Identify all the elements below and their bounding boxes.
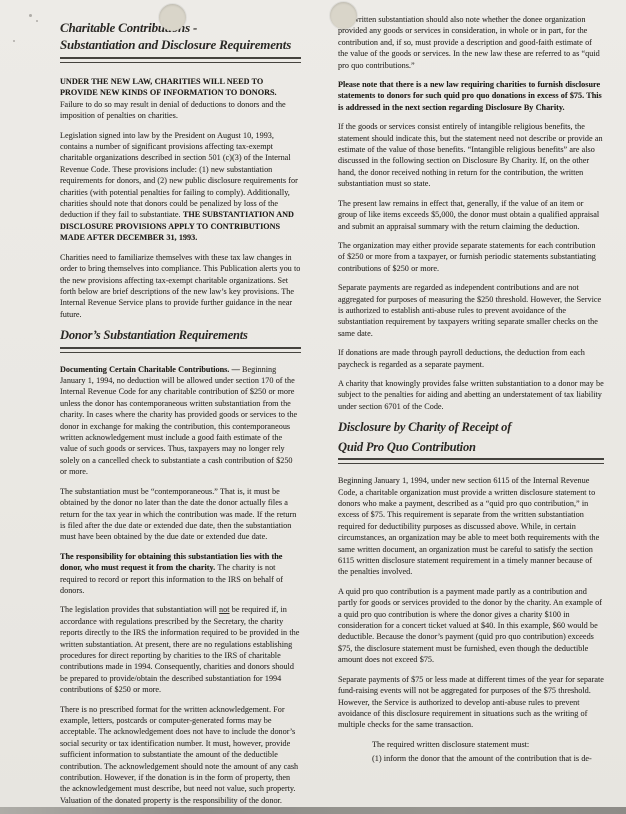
underlined-not: not: [219, 605, 229, 614]
paragraph-legislation: Legislation signed into law by the Presi…: [60, 130, 301, 244]
right-column: The written substantiation should also n…: [338, 14, 604, 768]
bold-lead: UNDER THE NEW LAW, CHARITIES WILL NEED T…: [60, 77, 277, 97]
paragraph-text: A charity that knowingly provides false …: [338, 379, 604, 411]
paragraph-documenting: Documenting Certain Charitable Contribut…: [60, 364, 301, 478]
paragraph-text: If donations are made through payroll de…: [338, 348, 585, 368]
paragraph-false-substantiation: A charity that knowingly provides false …: [338, 378, 604, 412]
bold-lead: Documenting Certain Charitable Contribut…: [60, 365, 240, 374]
paragraph-text: The present law remains in effect that, …: [338, 199, 599, 231]
paragraph-familiarize: Charities need to familiarize themselves…: [60, 252, 301, 320]
paragraph-text: Beginning January 1, 1994, no deduction …: [60, 365, 297, 477]
paragraph-text: The substantiation must be “contemporane…: [60, 487, 296, 542]
paragraph-intangible-benefits: If the goods or services consist entirel…: [338, 121, 604, 189]
heading-disclosure-line-2: Quid Pro Quo Contribution: [338, 440, 604, 456]
document-title-line-2: Substantiation and Disclosure Requiremen…: [60, 37, 301, 54]
paragraph-text: Legislation signed into law by the Presi…: [60, 131, 298, 220]
paragraph-written-substantiation: The written substantiation should also n…: [338, 14, 604, 71]
paragraph-separate-statements: The organization may either provide sepa…: [338, 240, 604, 274]
scanned-document-page: { "page": { "paper_color": "#eae8e3", "t…: [0, 0, 626, 814]
punch-hole-left: [159, 4, 186, 31]
scan-speck: [13, 40, 15, 42]
paragraph-present-law: The present law remains in effect that, …: [338, 198, 604, 232]
line-item-1: (1) inform the donor that the amount of …: [372, 753, 604, 764]
paragraph-text: If the goods or services consist entirel…: [338, 122, 603, 188]
paragraph-please-note: Please note that there is a new law requ…: [338, 79, 604, 113]
paragraph-text: A quid pro quo contribution is a payment…: [338, 587, 602, 664]
heading-double-rule: [60, 347, 301, 353]
paragraph-text: (1) inform the donor that the amount of …: [372, 754, 592, 763]
paragraph-under-new-law: UNDER THE NEW LAW, CHARITIES WILL NEED T…: [60, 76, 301, 122]
paragraph-responsibility: The responsibility for obtaining this su…: [60, 551, 301, 597]
scan-speck: [29, 14, 32, 17]
paragraph-beginning-6115: Beginning January 1, 1994, under new sec…: [338, 475, 604, 578]
paragraph-text: The legislation provides that substantia…: [60, 605, 219, 614]
scan-bottom-edge: [0, 807, 626, 814]
paragraph-contemporaneous: The substantiation must be “contemporane…: [60, 486, 301, 543]
paragraph-text: be required if, in accordance with regul…: [60, 605, 299, 694]
paragraph-text: Failure to do so may result in denial of…: [60, 100, 286, 120]
paragraph-payroll-deductions: If donations are made through payroll de…: [338, 347, 604, 370]
paragraph-text: The required written disclosure statemen…: [372, 740, 529, 749]
paragraph-text: There is no prescribed format for the wr…: [60, 705, 298, 805]
paragraph-text: The written substantiation should also n…: [338, 15, 600, 70]
scan-speck: [36, 20, 38, 22]
paragraph-quid-pro-quo-example: A quid pro quo contribution is a payment…: [338, 586, 604, 666]
paragraph-text: Charities need to familiarize themselves…: [60, 253, 300, 319]
title-double-rule: [60, 57, 301, 63]
paragraph-separate-payments: Separate payments are regarded as indepe…: [338, 282, 604, 339]
bold-please-note: Please note that there is a new law requ…: [338, 80, 602, 112]
paragraph-legislation-provides: The legislation provides that substantia…: [60, 604, 301, 695]
line-required-statement: The required written disclosure statemen…: [372, 739, 604, 750]
punch-hole-right: [330, 2, 357, 29]
heading-disclosure-line-1: Disclosure by Charity of Receipt of: [338, 420, 604, 436]
paragraph-text: Beginning January 1, 1994, under new sec…: [338, 476, 599, 576]
left-column: Charitable Contributions - Substantiatio…: [60, 20, 301, 814]
paragraph-no-prescribed-format: There is no prescribed format for the wr…: [60, 704, 301, 807]
heading-double-rule: [338, 458, 604, 464]
paragraph-text: Separate payments are regarded as indepe…: [338, 283, 601, 338]
paragraph-text: Separate payments of $75 or less made at…: [338, 675, 604, 730]
heading-donors-substantiation: Donor’s Substantiation Requirements: [60, 328, 301, 344]
paragraph-text: The organization may either provide sepa…: [338, 241, 596, 273]
paragraph-75-threshold: Separate payments of $75 or less made at…: [338, 674, 604, 731]
